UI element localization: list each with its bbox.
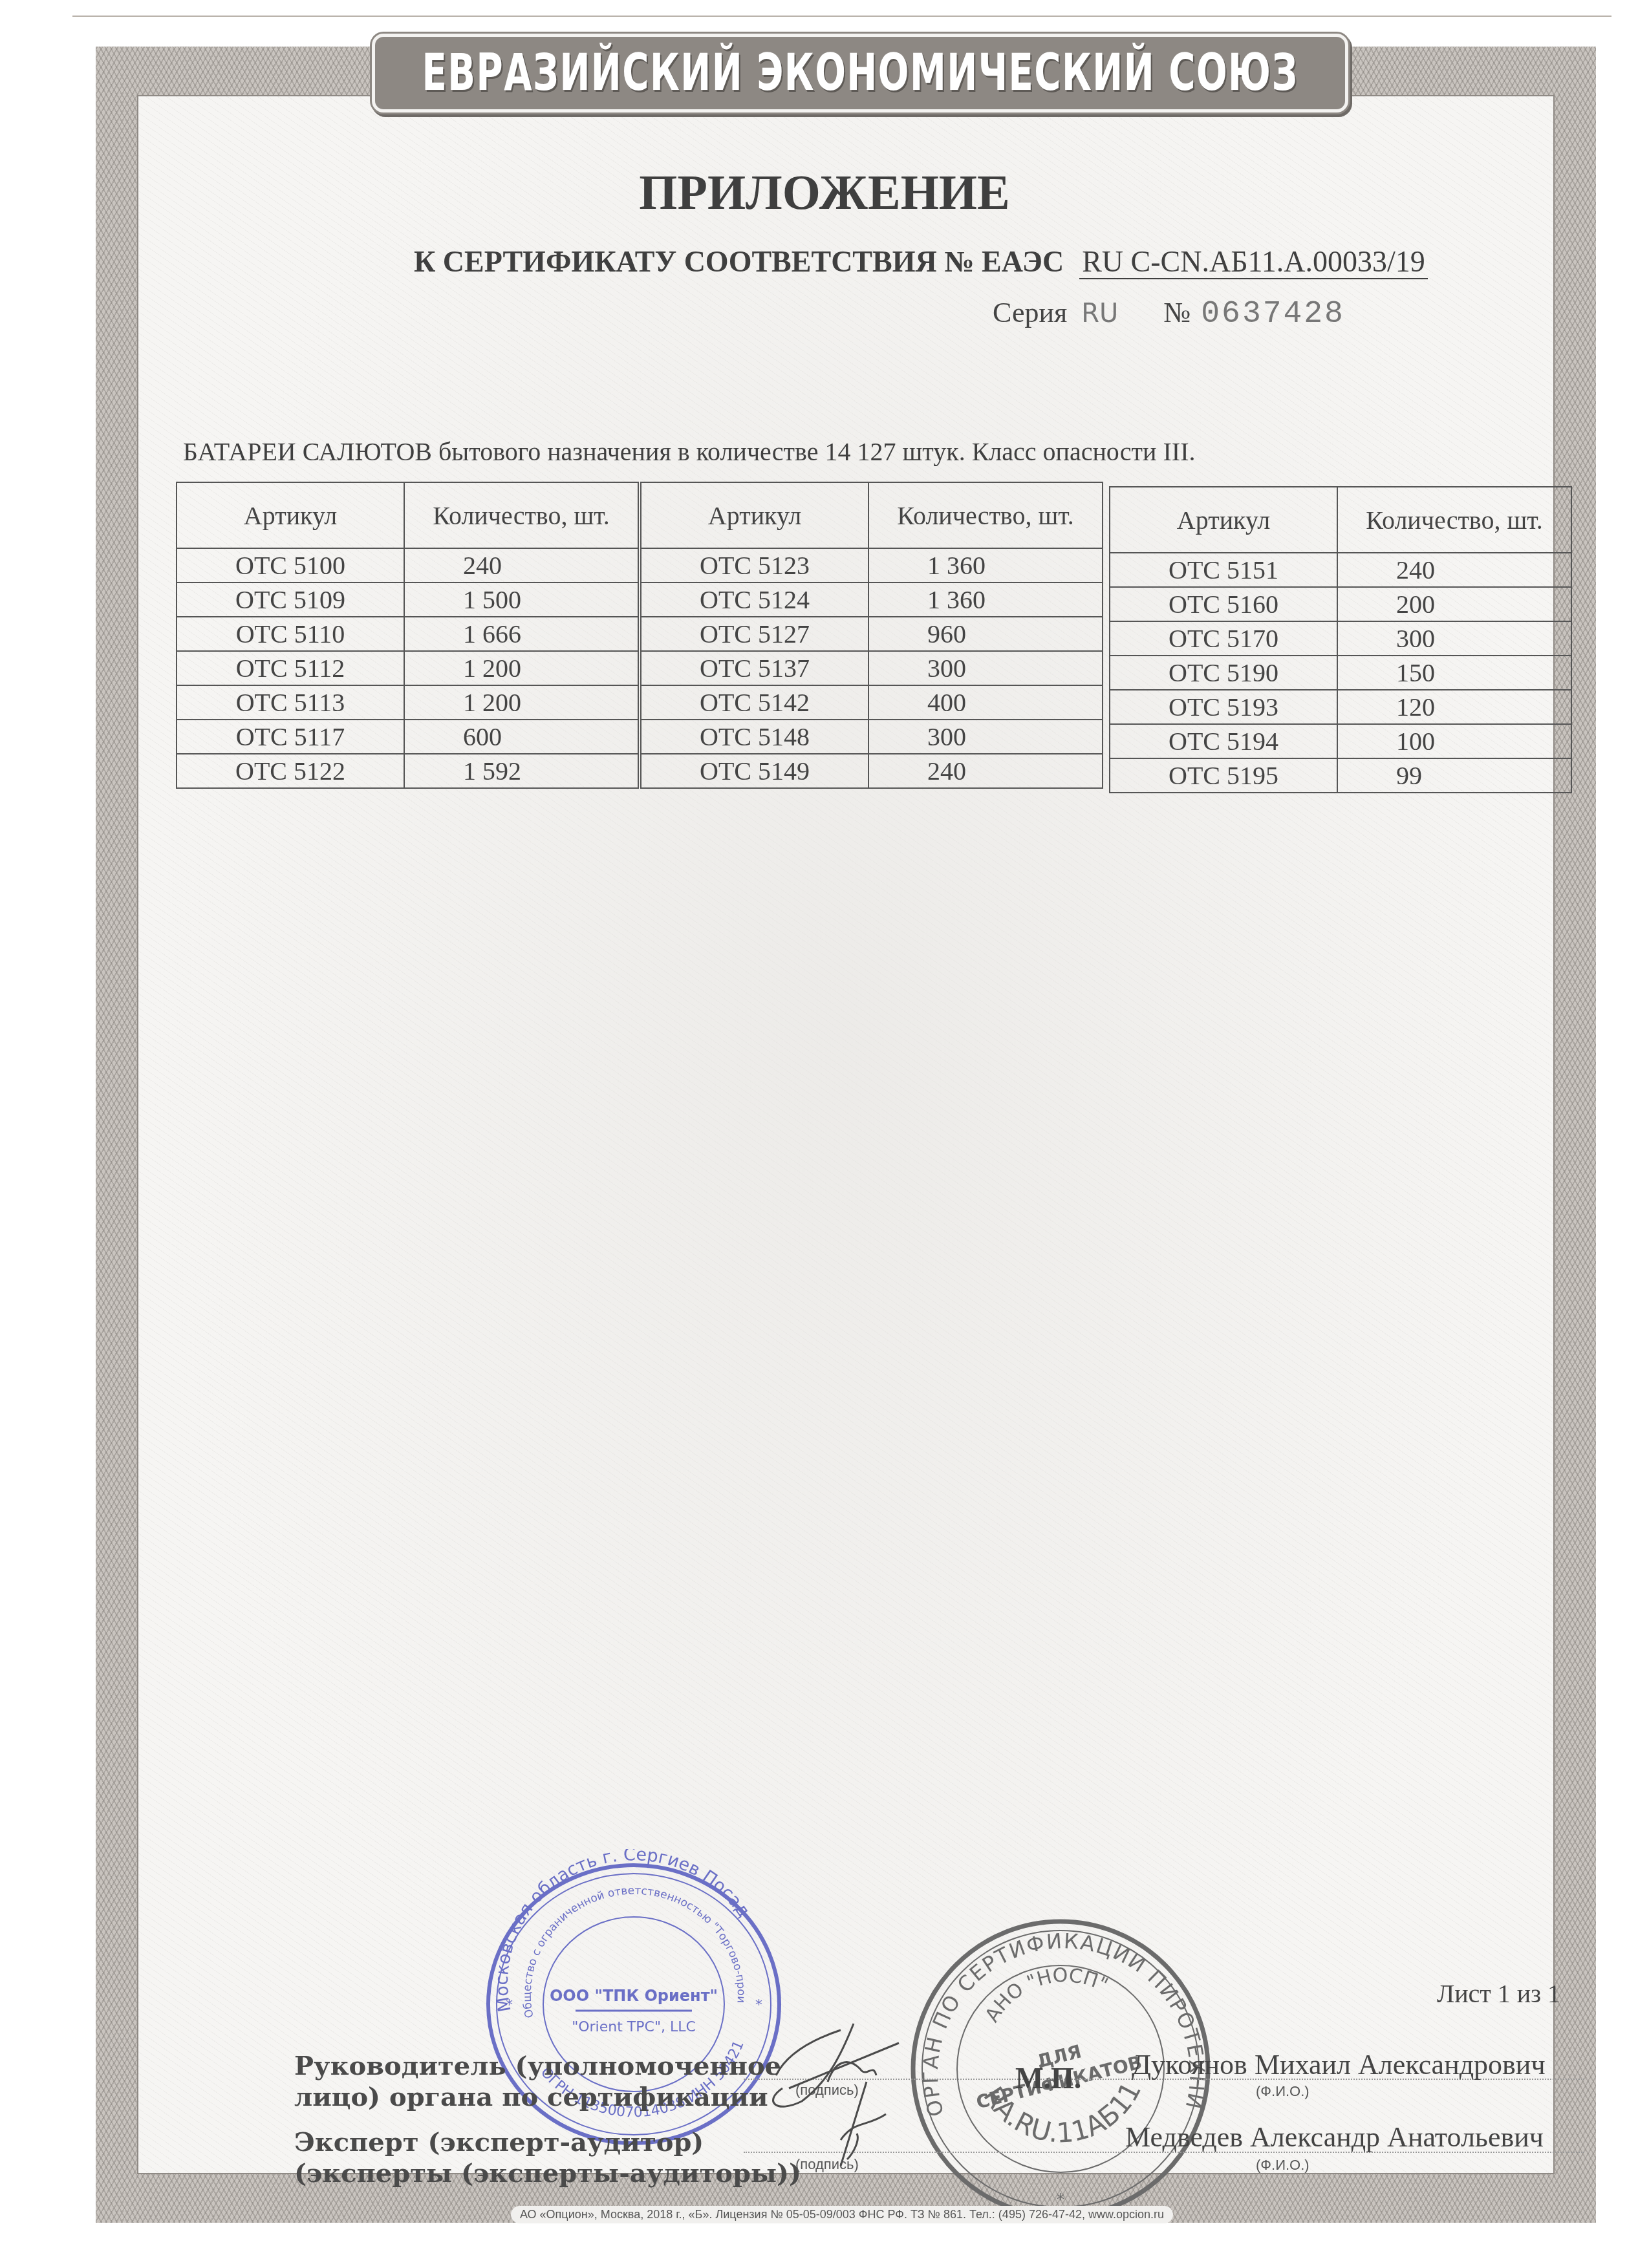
head-label-line-1: Руководитель (уполномоченное (294, 2051, 781, 2082)
svg-text:ООО "ТПК Ориент": ООО "ТПК Ориент" (550, 1987, 718, 2005)
column-header-article: Артикул (177, 482, 404, 548)
serial-number: 0637428 (1201, 297, 1345, 332)
article-cell: ОТС 5117 (177, 720, 404, 754)
seal-mark: М.П. (1015, 2061, 1081, 2095)
number-sign: № (1163, 297, 1191, 328)
column-header-quantity: Количество, шт. (868, 482, 1103, 548)
quantity-cell: 240 (1337, 553, 1571, 587)
table-row: ОТС 51101 666 (177, 617, 638, 651)
svg-text:АНО "НОСП": АНО "НОСП" (981, 1964, 1112, 2026)
table-row: ОТС 51091 500 (177, 583, 638, 617)
head-label: Руководитель (уполномоченное лицо) орган… (294, 2051, 781, 2113)
article-cell: ОТС 5149 (641, 754, 868, 788)
quantity-cell: 1 200 (404, 651, 638, 685)
quantity-cell: 240 (404, 548, 638, 583)
series-line: СерияRU№0637428 (993, 296, 1345, 332)
svg-text:*: * (506, 1997, 513, 2013)
svg-text:*: * (755, 1997, 762, 2013)
quantity-cell: 1 500 (404, 583, 638, 617)
quantity-cell: 300 (868, 720, 1103, 754)
article-cell: ОТС 5148 (641, 720, 868, 754)
certificate-reference: К СЕРТИФИКАТУ СООТВЕТСТВИЯ № ЕАЭСRU C-CN… (414, 244, 1428, 279)
table-row: ОТС 5148300 (641, 720, 1103, 754)
table-row: ОТС 51221 592 (177, 754, 638, 788)
quantity-cell: 1 360 (868, 583, 1103, 617)
article-cell: ОТС 5137 (641, 651, 868, 685)
union-banner: ЕВРАЗИЙСКИЙ ЭКОНОМИЧЕСКИЙ СОЮЗ (372, 34, 1348, 112)
article-cell: ОТС 5195 (1110, 758, 1337, 793)
article-cell: ОТС 5193 (1110, 690, 1337, 724)
article-cell: ОТС 5110 (177, 617, 404, 651)
quantity-cell: 200 (1337, 587, 1571, 621)
article-cell: ОТС 5123 (641, 548, 868, 583)
quantity-cell: 1 592 (404, 754, 638, 788)
table-row: ОТС 5190150 (1110, 656, 1571, 690)
quantity-cell: 300 (1337, 621, 1571, 656)
table-row: ОТС 5137300 (641, 651, 1103, 685)
table-row: ОТС 5127960 (641, 617, 1103, 651)
table-row: ОТС 519599 (1110, 758, 1571, 793)
column-header-quantity: Количество, шт. (404, 482, 638, 548)
expert-name: Медведев Александр Анатольевич (1125, 2121, 1544, 2154)
quantity-cell: 600 (404, 720, 638, 754)
page-title: ПРИЛОЖЕНИЕ (0, 165, 1649, 221)
product-description: БАТАРЕИ САЛЮТОВ бытового назначения в ко… (183, 436, 1195, 467)
article-cell: ОТС 5151 (1110, 553, 1337, 587)
quantity-cell: 100 (1337, 724, 1571, 758)
quantity-cell: 960 (868, 617, 1103, 651)
table-row: ОТС 5117600 (177, 720, 638, 754)
table-row: ОТС 51231 360 (641, 548, 1103, 583)
article-cell: ОТС 5124 (641, 583, 868, 617)
article-table-3: Артикул Количество, шт. ОТС 5151240ОТС 5… (1109, 486, 1572, 793)
table-row: ОТС 5170300 (1110, 621, 1571, 656)
article-cell: ОТС 5160 (1110, 587, 1337, 621)
column-header-article: Артикул (641, 482, 868, 548)
article-cell: ОТС 5127 (641, 617, 868, 651)
article-cell: ОТС 5113 (177, 685, 404, 720)
quantity-cell: 1 666 (404, 617, 638, 651)
column-header-quantity: Количество, шт. (1337, 487, 1571, 553)
signature-scribble-icon (763, 2004, 931, 2172)
article-table-1: Артикул Количество, шт. ОТС 5100240ОТС 5… (176, 482, 639, 789)
article-cell: ОТС 5112 (177, 651, 404, 685)
quantity-cell: 1 200 (404, 685, 638, 720)
printer-imprint: АО «Опцион», Москва, 2018 г., «Б». Лицен… (511, 2206, 1173, 2223)
svg-text:"Orient TPC", LLC: "Orient TPC", LLC (572, 2019, 696, 2035)
series-label: Серия (993, 297, 1067, 328)
sheet-number: Лист 1 из 1 (1437, 1978, 1560, 2009)
table-row: ОТС 5142400 (641, 685, 1103, 720)
guilloche-border (96, 47, 1596, 2223)
article-cell: ОТС 5122 (177, 754, 404, 788)
union-banner-text: ЕВРАЗИЙСКИЙ ЭКОНОМИЧЕСКИЙ СОЮЗ (422, 44, 1298, 102)
table-row: ОТС 5194100 (1110, 724, 1571, 758)
quantity-cell: 99 (1337, 758, 1571, 793)
table-header-row: Артикул Количество, шт. (1110, 487, 1571, 553)
expert-name-caption: (Ф.И.О.) (1256, 2157, 1309, 2174)
table-row: ОТС 5193120 (1110, 690, 1571, 724)
table-row: ОТС 5149240 (641, 754, 1103, 788)
quantity-cell: 240 (868, 754, 1103, 788)
table-row: ОТС 51241 360 (641, 583, 1103, 617)
certificate-number: RU C-CN.АБ11.А.00033/19 (1079, 245, 1428, 279)
article-cell: ОТС 5194 (1110, 724, 1337, 758)
article-cell: ОТС 5170 (1110, 621, 1337, 656)
column-header-article: Артикул (1110, 487, 1337, 553)
head-label-line-2: лицо) органа по сертификации (294, 2082, 781, 2113)
certificate-label: К СЕРТИФИКАТУ СООТВЕТСТВИЯ № ЕАЭС (414, 245, 1064, 278)
expert-label: Эксперт (эксперт-аудитор) (эксперты (экс… (294, 2127, 801, 2189)
table-row: ОТС 5151240 (1110, 553, 1571, 587)
table-row: ОТС 51121 200 (177, 651, 638, 685)
table-row: ОТС 5100240 (177, 548, 638, 583)
document-body (137, 95, 1555, 2174)
table-header-row: Артикул Количество, шт. (177, 482, 638, 548)
head-name-caption: (Ф.И.О.) (1256, 2083, 1309, 2100)
table-header-row: Артикул Количество, шт. (641, 482, 1103, 548)
quantity-cell: 300 (868, 651, 1103, 685)
article-cell: ОТС 5142 (641, 685, 868, 720)
head-name: Дукоянов Михаил Александрович (1132, 2048, 1546, 2081)
article-cell: ОТС 5190 (1110, 656, 1337, 690)
table-row: ОТС 5160200 (1110, 587, 1571, 621)
quantity-cell: 1 360 (868, 548, 1103, 583)
article-table-2: Артикул Количество, шт. ОТС 51231 360ОТС… (640, 482, 1103, 789)
company-stamp: Московская область г. Сергиев Посад Обще… (472, 1849, 795, 2159)
quantity-cell: 150 (1337, 656, 1571, 690)
quantity-cell: 400 (868, 685, 1103, 720)
expert-label-line-1: Эксперт (эксперт-аудитор) (294, 2127, 801, 2158)
quantity-cell: 120 (1337, 690, 1571, 724)
expert-label-line-2: (эксперты (эксперты-аудиторы)) (294, 2158, 801, 2189)
article-cell: ОТС 5100 (177, 548, 404, 583)
table-row: ОТС 51131 200 (177, 685, 638, 720)
series-value: RU (1081, 299, 1118, 328)
article-cell: ОТС 5109 (177, 583, 404, 617)
